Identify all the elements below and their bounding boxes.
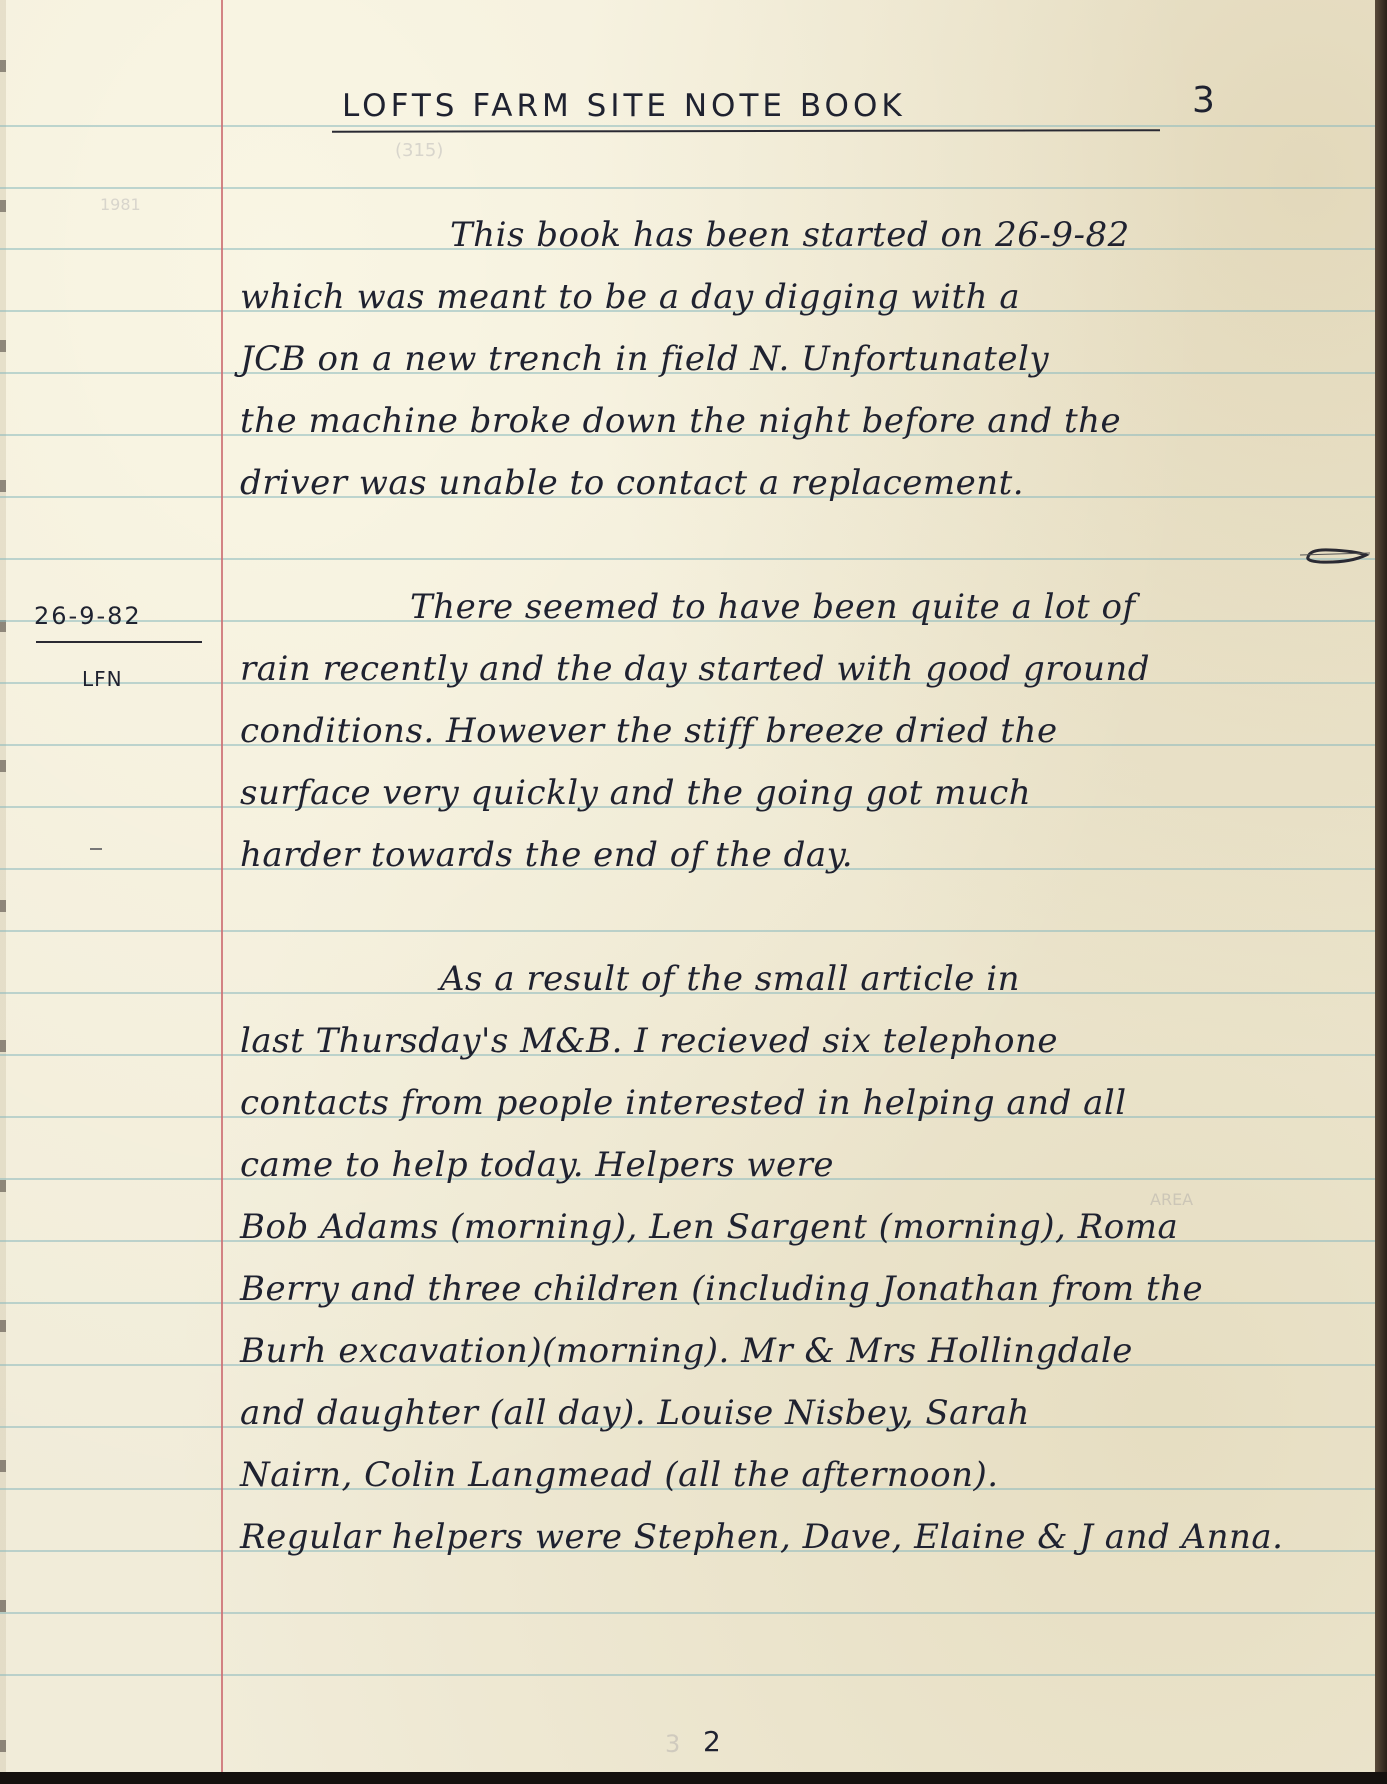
margin-site-code: LFN — [82, 667, 123, 691]
notebook-edge-bottom — [0, 1772, 1387, 1784]
text-line: conditions. However the stiff breeze dri… — [240, 711, 1058, 751]
binding-edge — [0, 0, 6, 1772]
text-line: rain recently and the day started with g… — [240, 649, 1150, 689]
notebook-page: 1981 (315) AREA LOFTS FARM SITE NOTE BOO… — [0, 0, 1375, 1772]
title-underline — [332, 129, 1160, 132]
text-line: There seemed to have been quite a lot of — [410, 587, 1136, 627]
rule-line — [0, 930, 1375, 932]
notebook-title: LOFTS FARM SITE NOTE BOOK — [342, 88, 906, 124]
text-line: Bob Adams (morning), Len Sargent (mornin… — [240, 1207, 1178, 1247]
text-line: JCB on a new trench in field N. Unfortun… — [240, 339, 1049, 379]
text-line: came to help today. Helpers were — [240, 1145, 834, 1185]
page-number: 2 — [703, 1725, 721, 1758]
text-line: harder towards the end of the day. — [240, 835, 853, 875]
book-number: 3 — [1192, 80, 1215, 121]
margin-tick-mark — [90, 848, 102, 850]
text-line: Regular helpers were Stephen, Dave, Elai… — [240, 1517, 1283, 1557]
bleed-through-text: (315) — [395, 140, 443, 161]
rule-line — [0, 1612, 1375, 1614]
text-line: last Thursday's M&B. I recieved six tele… — [240, 1021, 1058, 1061]
bleed-through-text: 1981 — [100, 195, 141, 214]
margin-date: 26-9-82 — [34, 602, 142, 630]
rule-line — [0, 558, 1375, 560]
margin-line — [221, 0, 223, 1772]
margin-date-underline — [36, 641, 202, 643]
notebook-edge-right — [1375, 0, 1387, 1784]
text-line: As a result of the small article in — [440, 959, 1020, 999]
pen-scribble-icon — [1300, 545, 1370, 575]
text-line: Berry and three children (including Jona… — [240, 1269, 1203, 1309]
text-line: surface very quickly and the going got m… — [240, 773, 1031, 813]
rule-line — [0, 1674, 1375, 1676]
text-line: Burh excavation)(morning). Mr & Mrs Holl… — [240, 1331, 1133, 1371]
text-line: contacts from people interested in helpi… — [240, 1083, 1127, 1123]
rule-line — [0, 125, 1375, 127]
text-line: Nairn, Colin Langmead (all the afternoon… — [240, 1455, 999, 1495]
rule-line — [0, 187, 1375, 189]
text-line: This book has been started on 26-9-82 — [450, 215, 1130, 255]
text-line: which was meant to be a day digging with… — [240, 277, 1020, 317]
text-line: the machine broke down the night before … — [240, 401, 1121, 441]
text-line: driver was unable to contact a replaceme… — [240, 463, 1024, 503]
text-line: and daughter (all day). Louise Nisbey, S… — [240, 1393, 1030, 1433]
bleed-through-page-number: 3 — [665, 1730, 680, 1758]
